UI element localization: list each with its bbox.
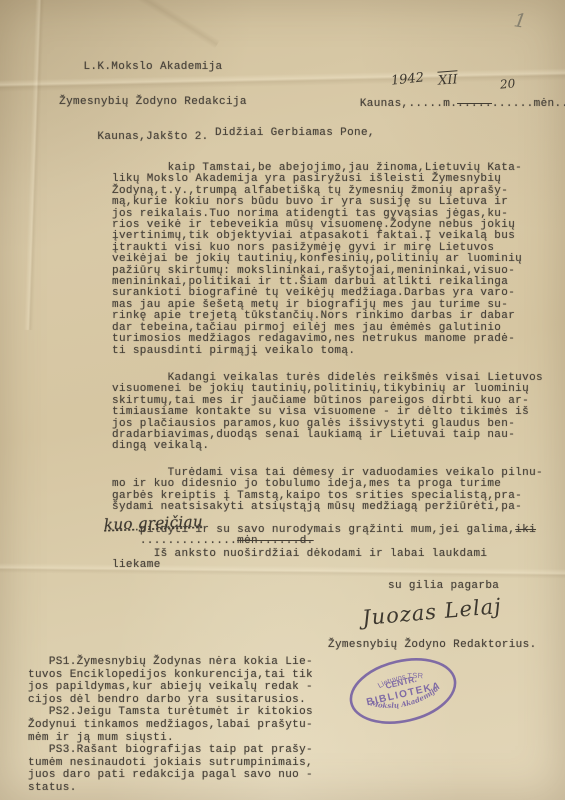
closing-lines: Iš anksto nuoširdžiai dėkodami ir labai …: [112, 549, 487, 572]
date-dots-year: ....: [408, 98, 436, 110]
date-dots-day: ...: [561, 98, 565, 110]
letterhead-org: L.K.Mokslo Akademija: [55, 62, 251, 74]
p3-fill-dots: ..............: [140, 535, 237, 547]
date-line: Kaunas,.....m............mėn....d.: [332, 86, 565, 122]
date-men-label: mėn.: [534, 98, 562, 110]
page-number: 1: [512, 9, 527, 33]
postscript: PS1.Žymesnybių Žodynas nėra kokia Lie- t…: [28, 656, 313, 795]
date-m-label: .m.: [436, 98, 457, 110]
library-stamp: Lietuvos TSR CENTR. BIBLIOTEKA Mokslų Ak…: [335, 641, 471, 741]
greeting: Didžiai Gerbiamas Pone,: [215, 127, 375, 139]
date-city: Kaunas,: [360, 98, 409, 110]
letterhead-dept: Žymesnybių Žodyno Redakcija: [55, 97, 251, 109]
letter-document: 1 L.K.Mokslo Akademija Žymesnybių Žodyno…: [0, 0, 565, 800]
stamp-graphic: Lietuvos TSR CENTR. BIBLIOTEKA Mokslų Ak…: [335, 641, 471, 741]
handwritten-month: XII: [437, 70, 458, 88]
date-dots-extra: ......: [492, 98, 534, 110]
p3-struck-men-d: mėn......d.: [237, 535, 313, 547]
letterhead: L.K.Mokslo Akademija Žymesnybių Žodyno R…: [55, 38, 251, 168]
date-dots-month: .....: [457, 98, 492, 110]
signature: Juozas Lelaj: [361, 594, 502, 630]
salutation: su gilia pagarba: [388, 580, 499, 592]
handwritten-day: 20: [499, 76, 515, 91]
body-paragraph-2: Kadangi veikalas turės didelės reikšmės …: [112, 373, 543, 453]
paper-crease: [24, 0, 45, 330]
handwritten-kuo-greiciau: kuo greičiau: [104, 516, 203, 531]
body-paragraph-1: kaip Tamstai,be abejojimo,jau žinoma,Lie…: [112, 163, 522, 357]
body-paragraph-3: Turėdami visa tai dėmesy ir vaduodamies …: [112, 468, 543, 514]
